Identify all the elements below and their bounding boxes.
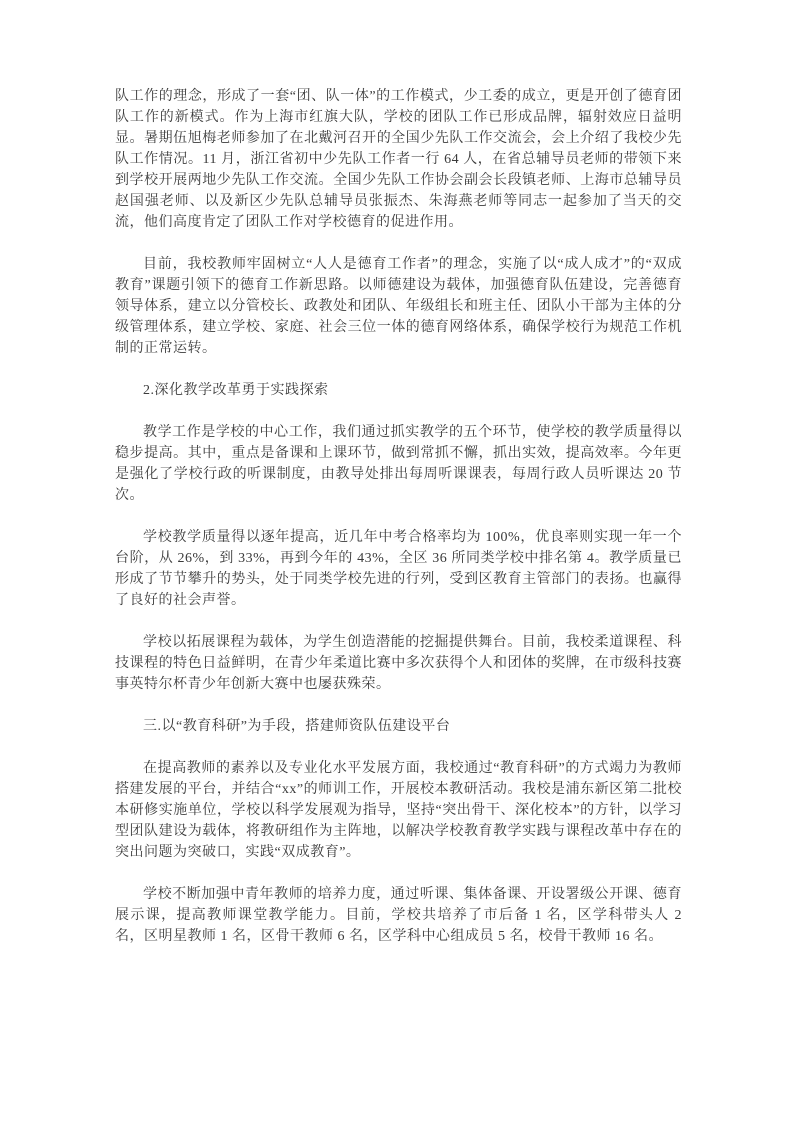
paragraph: 在提高教师的素养以及专业化水平发展方面，我校通过“教育科研”的方式竭力为教师搭建… (115, 758, 682, 863)
document-body: 队工作的理念，形成了一套“团、队一体”的工作模式，少工委的成立，更是开创了德育团… (115, 86, 682, 968)
paragraph-continuation: 队工作的理念，形成了一套“团、队一体”的工作模式，少工委的成立，更是开创了德育团… (115, 86, 682, 233)
paragraph: 教学工作是学校的中心工作，我们通过抓实教学的五个环节，使学校的教学质量得以稳步提… (115, 422, 682, 506)
paragraph: 目前，我校教师牢固树立“人人是德育工作者”的理念，实施了以“成人成才”的“双成教… (115, 254, 682, 359)
paragraph: 学校以拓展课程为载体，为学生创造潜能的挖掘提供舞台。目前，我校柔道课程、科技课程… (115, 632, 682, 695)
section-heading-2: 2.深化教学改革勇于实践探索 (115, 380, 682, 401)
paragraph: 学校教学质量得以逐年提高，近几年中考合格率均为 100%，优良率则实现一年一个台… (115, 527, 682, 611)
section-heading-3: 三.以“教育科研”为手段，搭建师资队伍建设平台 (115, 716, 682, 737)
paragraph: 学校不断加强中青年教师的培养力度，通过听课、集体备课、开设署级公开课、德育展示课… (115, 884, 682, 947)
document-page: 队工作的理念，形成了一套“团、队一体”的工作模式，少工委的成立，更是开创了德育团… (0, 0, 793, 1122)
